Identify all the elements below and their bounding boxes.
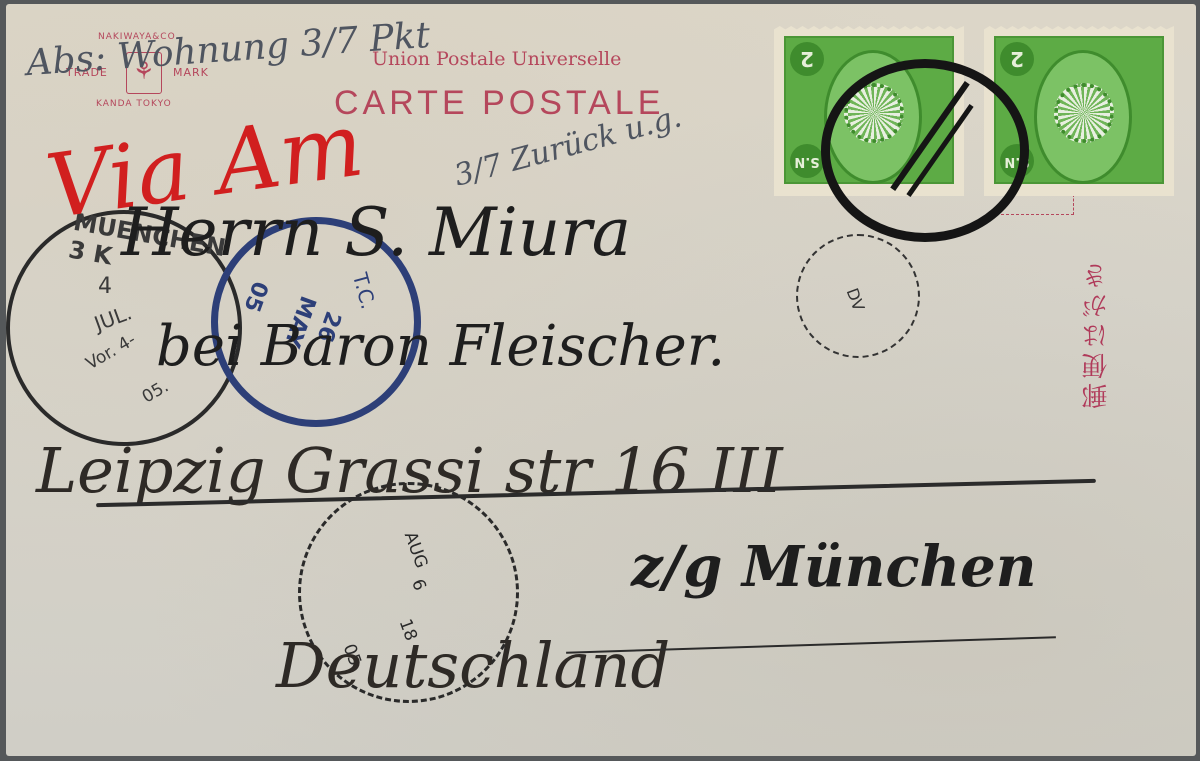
address-line-4-forwarding: z/g München bbox=[631, 534, 1036, 600]
postcard: NAKIWAYA&CO TRADE MARK KANDA TOKYO Union… bbox=[6, 4, 1196, 756]
chrysanthemum-icon bbox=[1054, 83, 1114, 143]
stamp-corner: S.N bbox=[790, 144, 824, 178]
address-line-1: Herrn S. Miura bbox=[121, 194, 631, 271]
address-line-2: bei Baron Fleischer. bbox=[156, 314, 725, 379]
stamp-denomination: 2 bbox=[1000, 42, 1034, 76]
stamp-denomination: 2 bbox=[790, 42, 824, 76]
address-line-5-country: Deutschland bbox=[276, 629, 670, 702]
postmark-japan-faint: DV bbox=[796, 234, 920, 358]
cancel-postmark bbox=[821, 59, 1029, 242]
japanese-postcard-label: 郵便はがき bbox=[1078, 259, 1115, 409]
trademark-bottom-text: KANDA TOKYO bbox=[96, 99, 172, 109]
